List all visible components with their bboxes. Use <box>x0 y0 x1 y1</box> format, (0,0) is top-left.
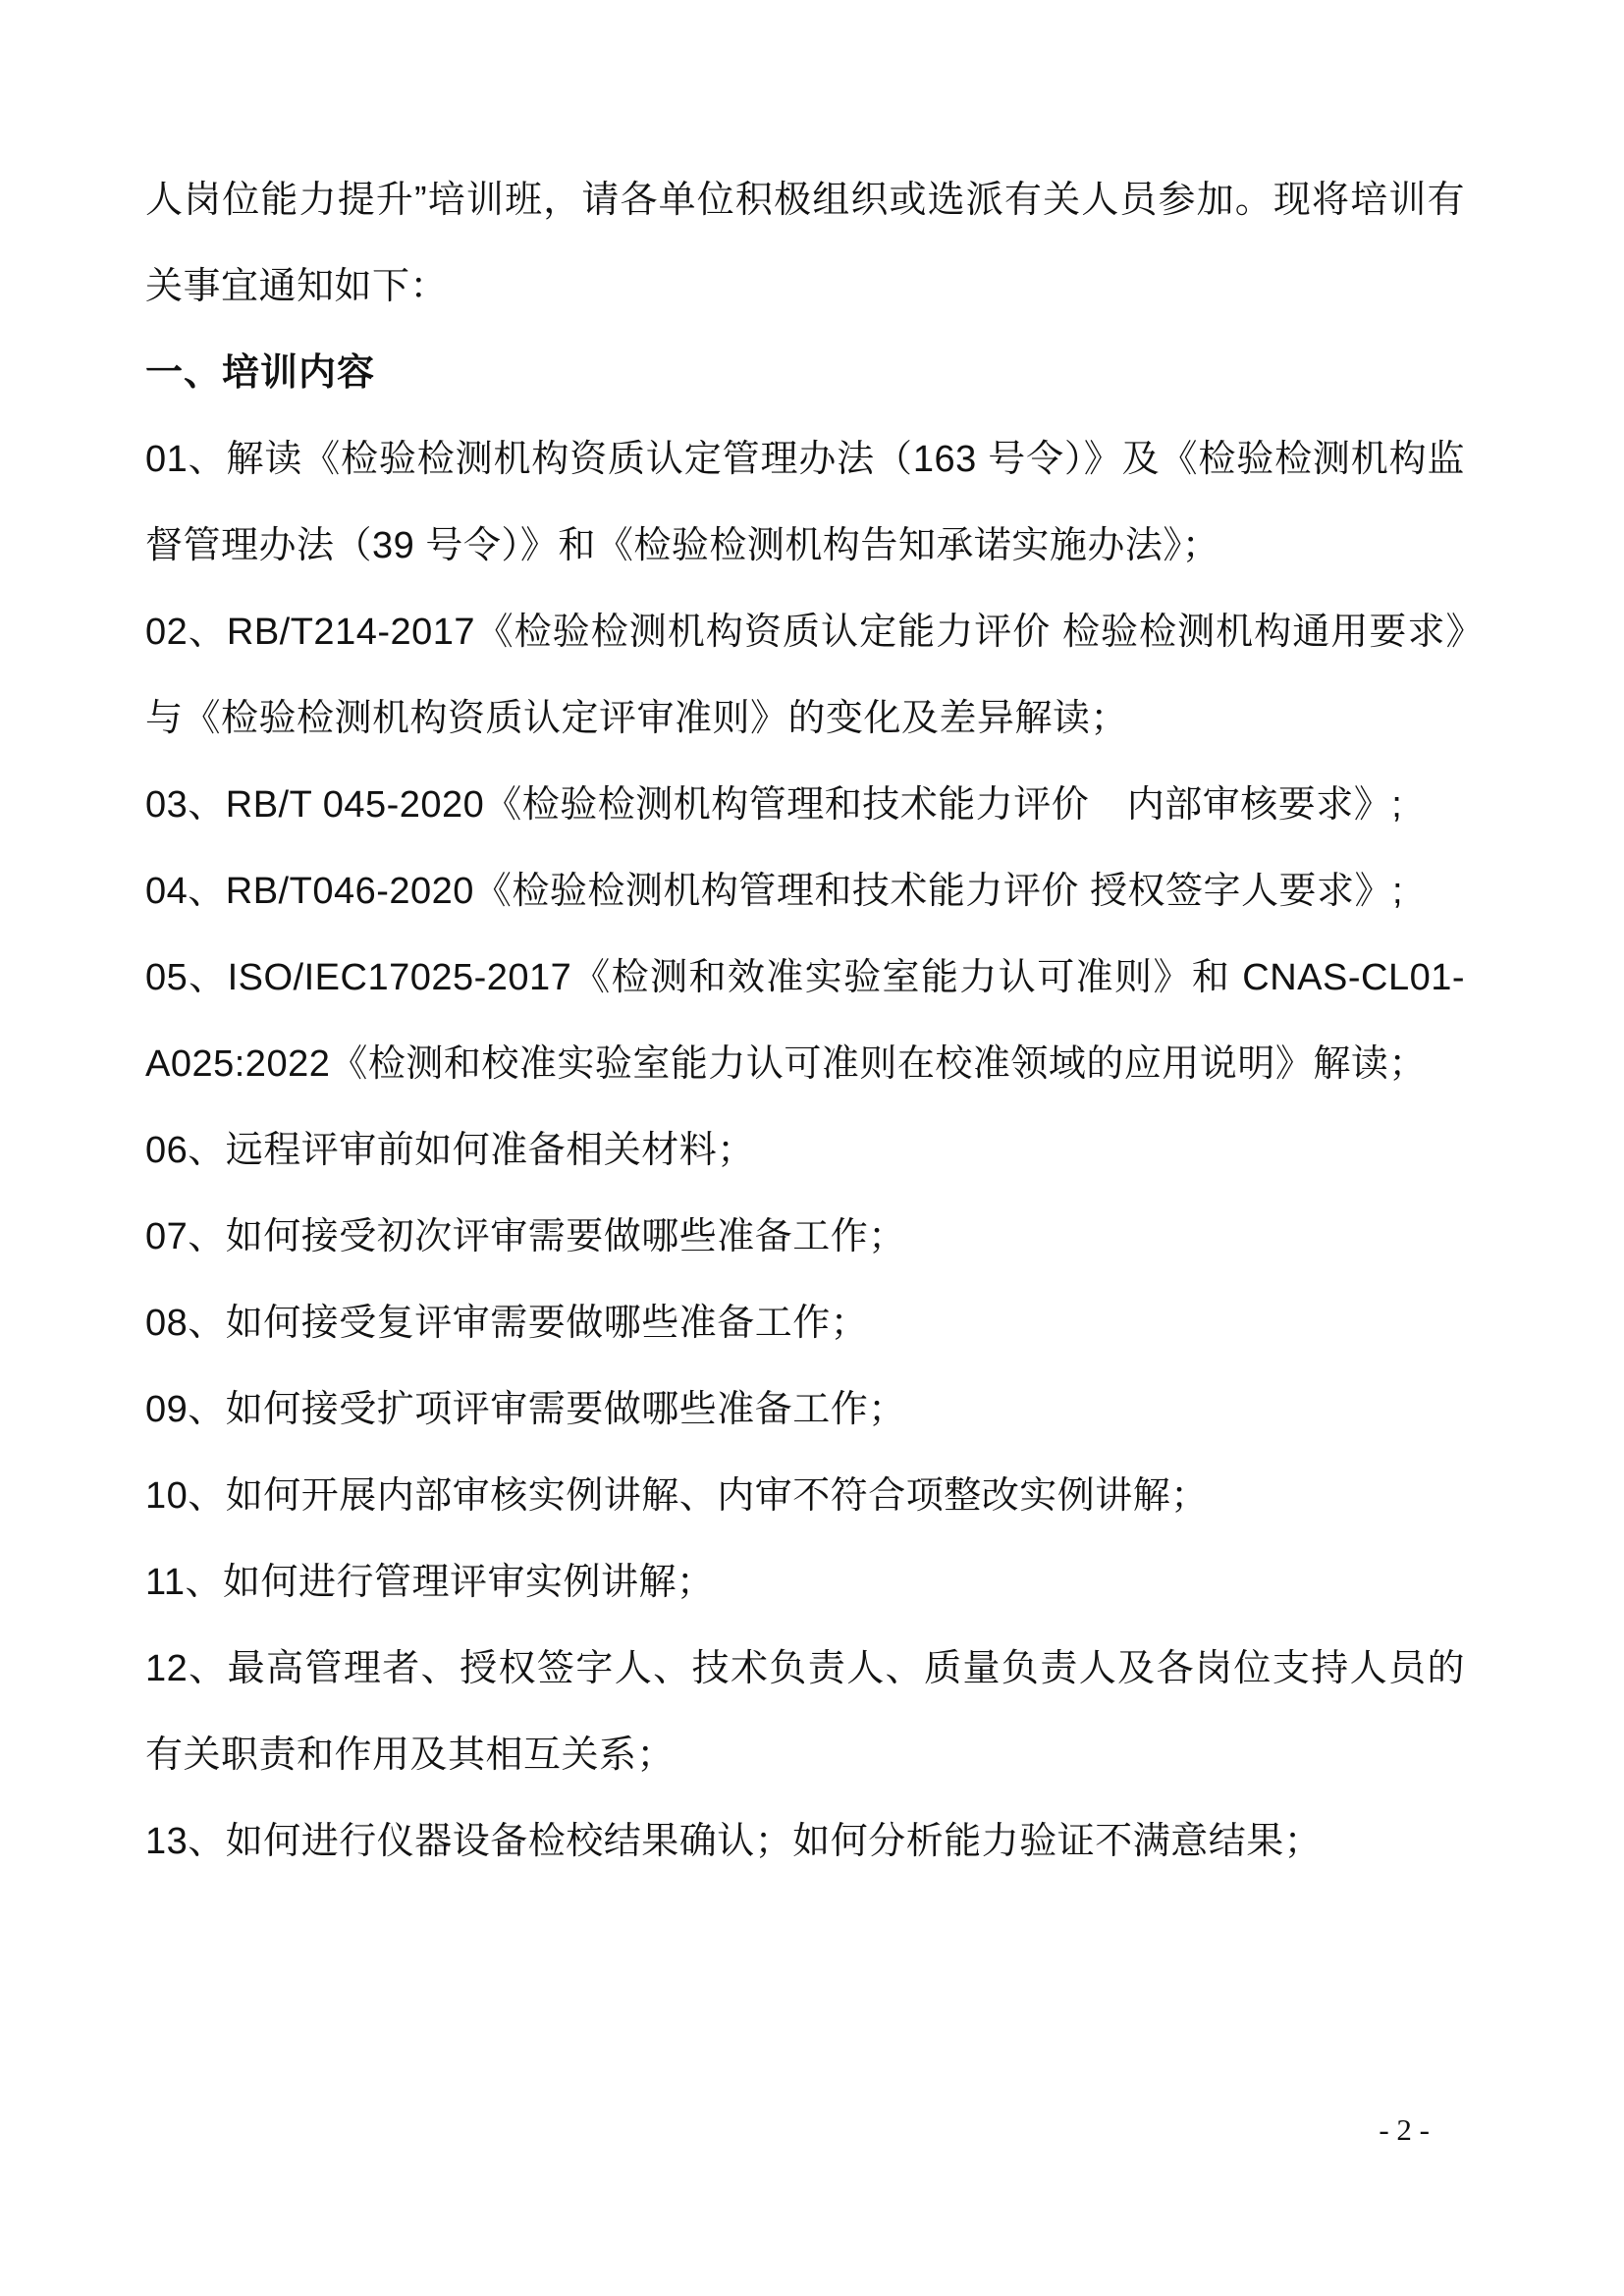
document-body: 人岗位能力提升”培训班，请各单位积极组织或选派有关人员参加。现将培训有关事宜通知… <box>145 157 1465 1885</box>
training-content-item-06: 06、远程评审前如何准备相关材料； <box>145 1107 1465 1194</box>
training-content-item-08: 08、如何接受复评审需要做哪些准备工作； <box>145 1280 1465 1366</box>
page-number: - 2 - <box>1379 2110 1430 2150</box>
document-page: 人岗位能力提升”培训班，请各单位积极组织或选派有关人员参加。现将培训有关事宜通知… <box>0 0 1624 2296</box>
training-content-item-09: 09、如何接受扩项评审需要做哪些准备工作； <box>145 1366 1465 1453</box>
section-heading: 一、培训内容 <box>145 330 1465 416</box>
training-content-item-10: 10、如何开展内部审核实例讲解、内审不符合项整改实例讲解； <box>145 1453 1465 1539</box>
training-content-item-11: 11、如何进行管理评审实例讲解； <box>145 1539 1465 1626</box>
training-content-item-05: 05、ISO/IEC17025-2017《检测和效准实验室能力认可准则》和 CN… <box>145 934 1465 1107</box>
intro-paragraph: 人岗位能力提升”培训班，请各单位积极组织或选派有关人员参加。现将培训有关事宜通知… <box>145 157 1465 330</box>
training-content-item-03: 03、RB/T 045-2020《检验检测机构管理和技术能力评价 内部审核要求》… <box>145 762 1465 848</box>
training-content-item-02: 02、RB/T214-2017《检验检测机构资质认定能力评价 检验检测机构通用要… <box>145 589 1465 762</box>
training-content-item-01: 01、解读《检验检测机构资质认定管理办法（163 号令）》及《检验检测机构监督管… <box>145 416 1465 589</box>
training-content-item-13: 13、如何进行仪器设备检校结果确认；如何分析能力验证不满意结果； <box>145 1798 1465 1885</box>
training-content-item-07: 07、如何接受初次评审需要做哪些准备工作； <box>145 1194 1465 1280</box>
training-content-item-04: 04、RB/T046-2020《检验检测机构管理和技术能力评价 授权签字人要求》… <box>145 848 1465 934</box>
training-content-item-12: 12、最高管理者、授权签字人、技术负责人、质量负责人及各岗位支持人员的有关职责和… <box>145 1626 1465 1798</box>
